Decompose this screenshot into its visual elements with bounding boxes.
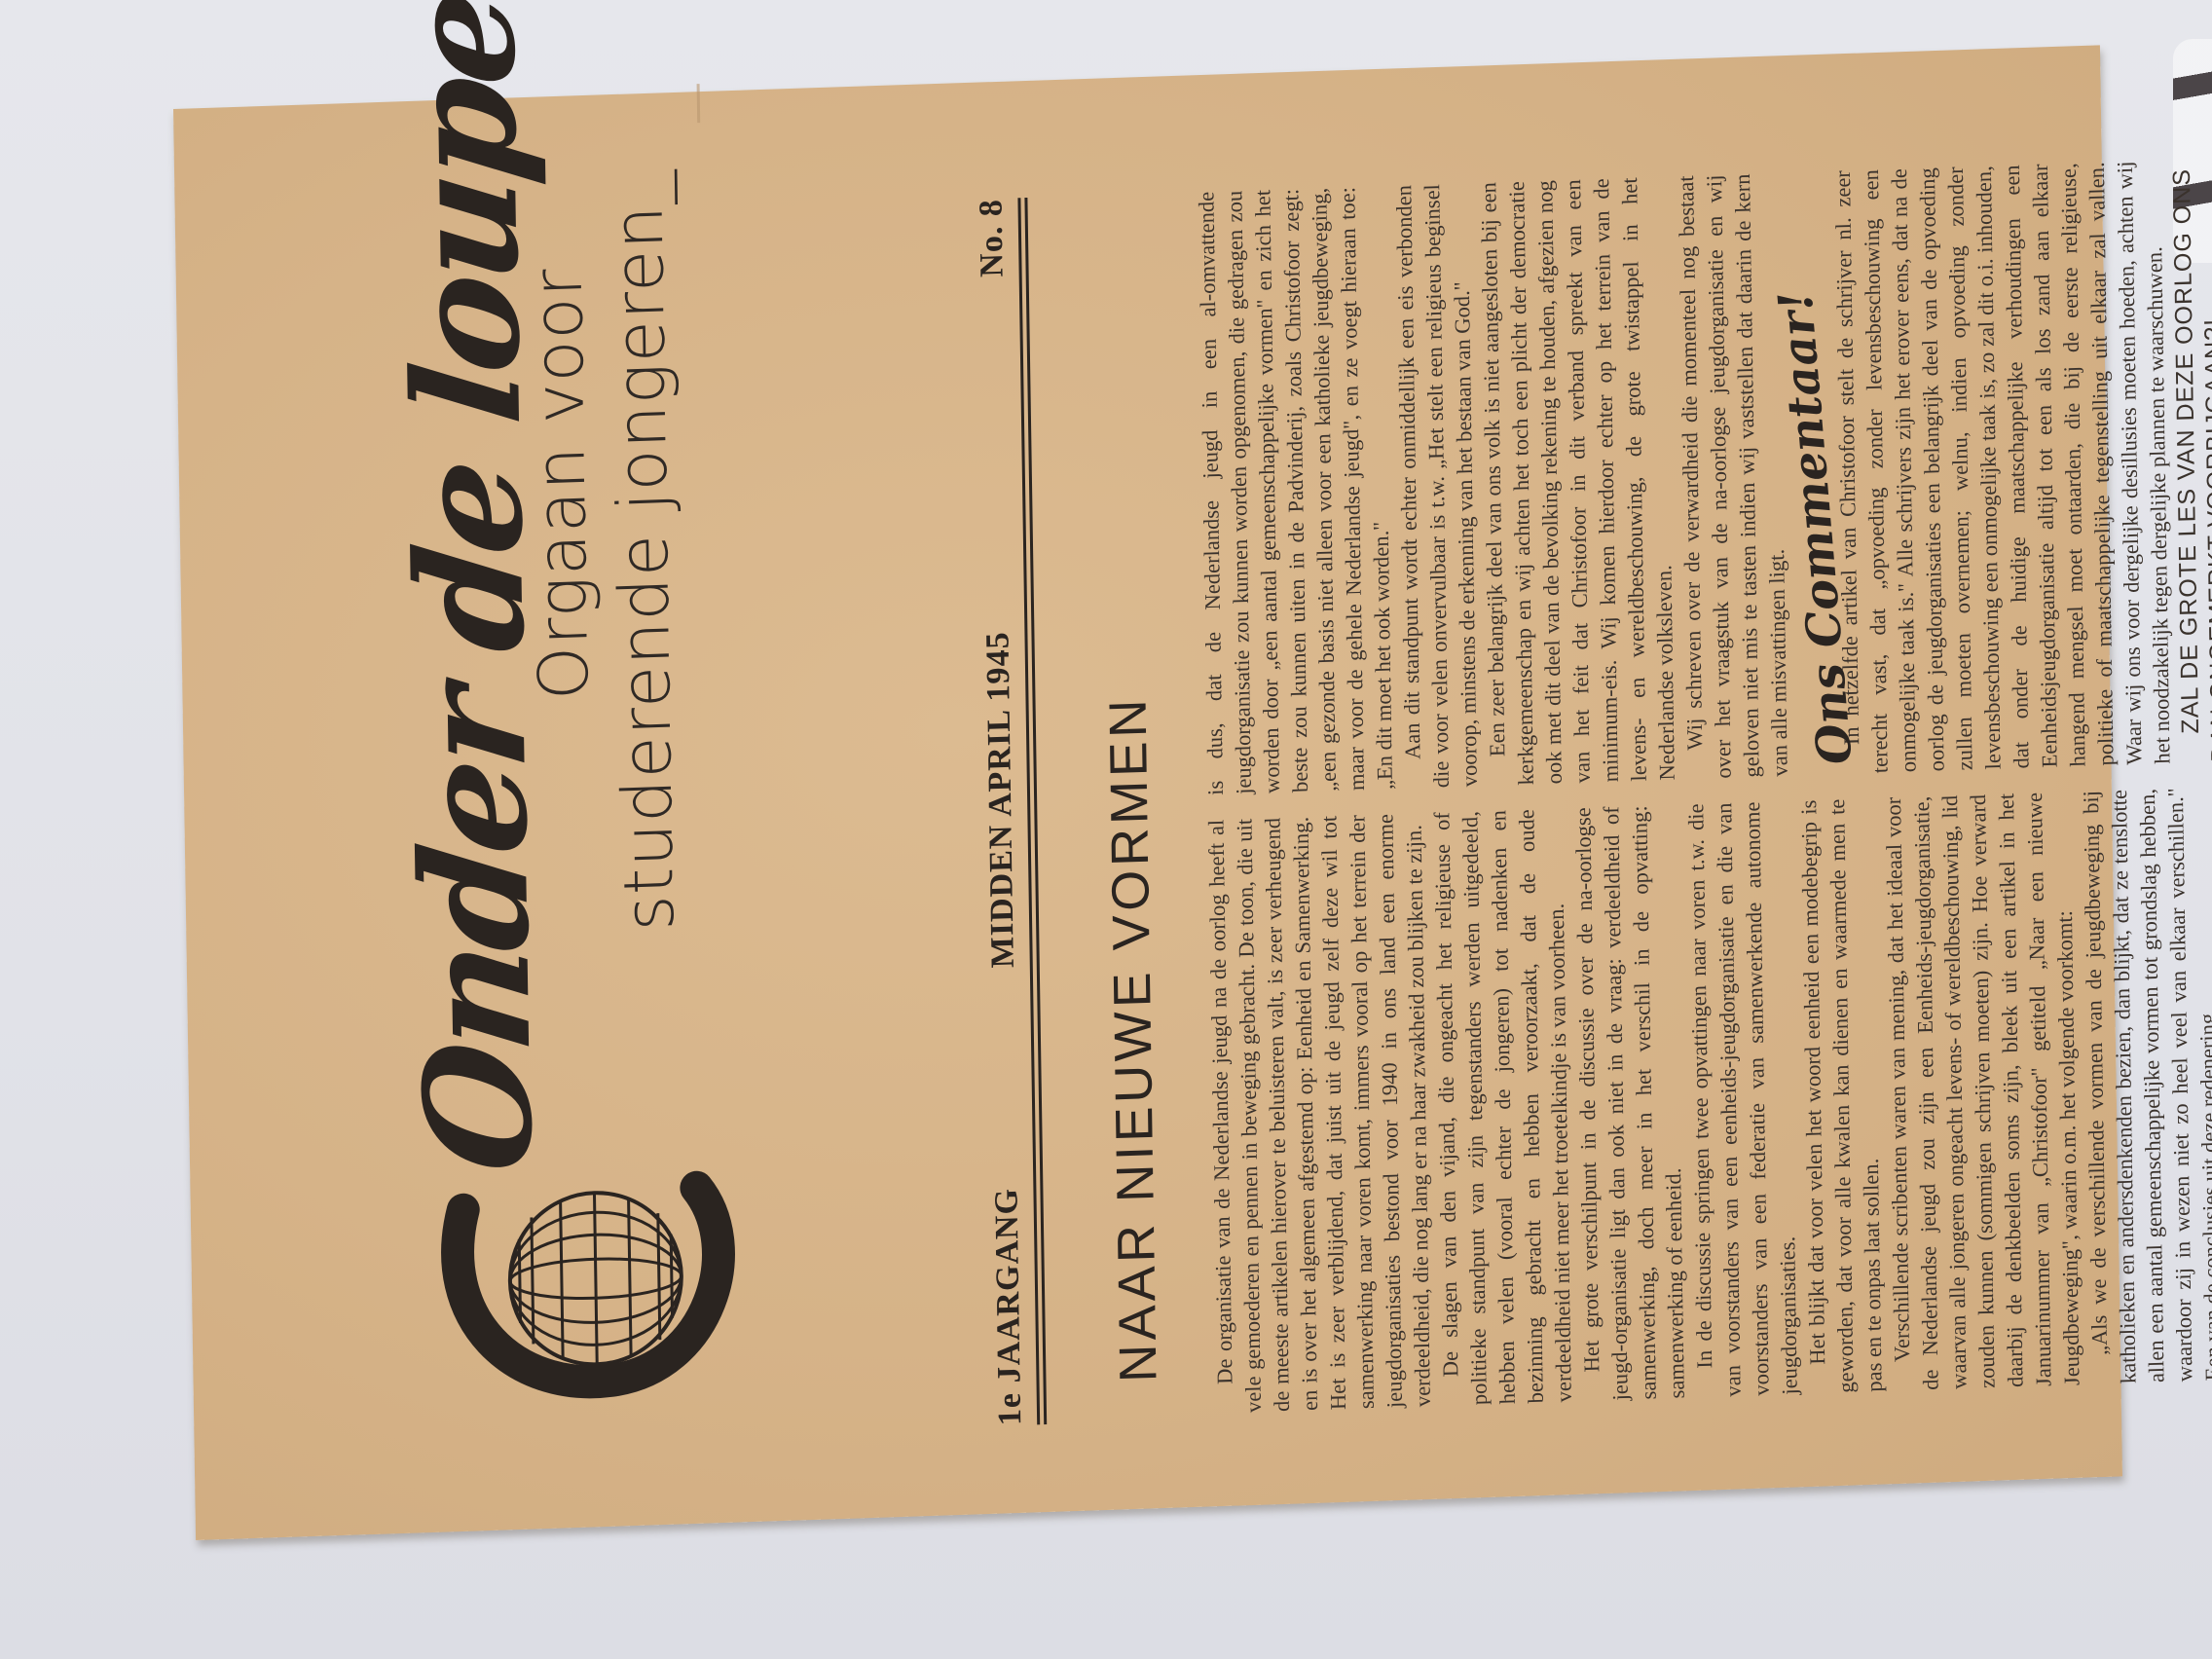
issue-number: No. 8 xyxy=(973,199,1011,278)
issue-date: MIDDEN APRIL 1945 xyxy=(979,631,1021,969)
paragraph: In de discussie springen twee opvattinge… xyxy=(1681,800,1804,1398)
paragraph: Aan dit standpunt wordt echter onmiddell… xyxy=(1389,183,1484,790)
masthead: Onder de loupe Orgaan voor studerende jo… xyxy=(262,172,913,1401)
paragraph: Het grote verschilpunt in de discussie o… xyxy=(1568,804,1691,1402)
paragraph: Wij schreven over de verwardheid die mom… xyxy=(1672,172,1794,780)
article-headline: NAAR NIEUWE VORMEN xyxy=(1090,213,1169,1383)
globe-logo-icon xyxy=(424,1152,739,1406)
page-content: Onder de loupe Orgaan voor studerende jo… xyxy=(173,45,2122,1540)
newsletter-page: Onder de loupe Orgaan voor studerende jo… xyxy=(173,45,2122,1540)
paragraph: „Als we de verschillende vormen van de j… xyxy=(2077,787,2212,1385)
paragraph: Een zeer belangrijk deel van ons volk is… xyxy=(1474,176,1681,787)
paragraph: De organisatie van de Nederlandse jeugd … xyxy=(1201,813,1436,1415)
subtitle-line-1: Orgaan voor xyxy=(515,171,608,935)
article-column-1: De organisatie van de Nederlandse jeugd … xyxy=(1201,787,2212,1415)
publication-subtitle: Orgaan voor studerende jongeren_ xyxy=(515,168,690,935)
paragraph: De slagen van den vijand, die ongeacht h… xyxy=(1427,808,1578,1407)
subtitle-line-2: studerende jongeren_ xyxy=(597,168,690,932)
paragraph: In hetzelfde artikel van Christofoor ste… xyxy=(1828,160,2177,775)
article-column-2: is dus, dat de Nederlandse jeugd in een … xyxy=(1192,157,2212,795)
paragraph: Het blijkt dat voor velen het woord eenh… xyxy=(1794,797,1889,1394)
volume-label: 1e JAARGANG xyxy=(988,1187,1029,1426)
paragraph: Verschillende scribenten waren van menin… xyxy=(1879,792,2085,1392)
paragraph: is dus, dat de Nederlandse jeugd in een … xyxy=(1192,186,1399,796)
